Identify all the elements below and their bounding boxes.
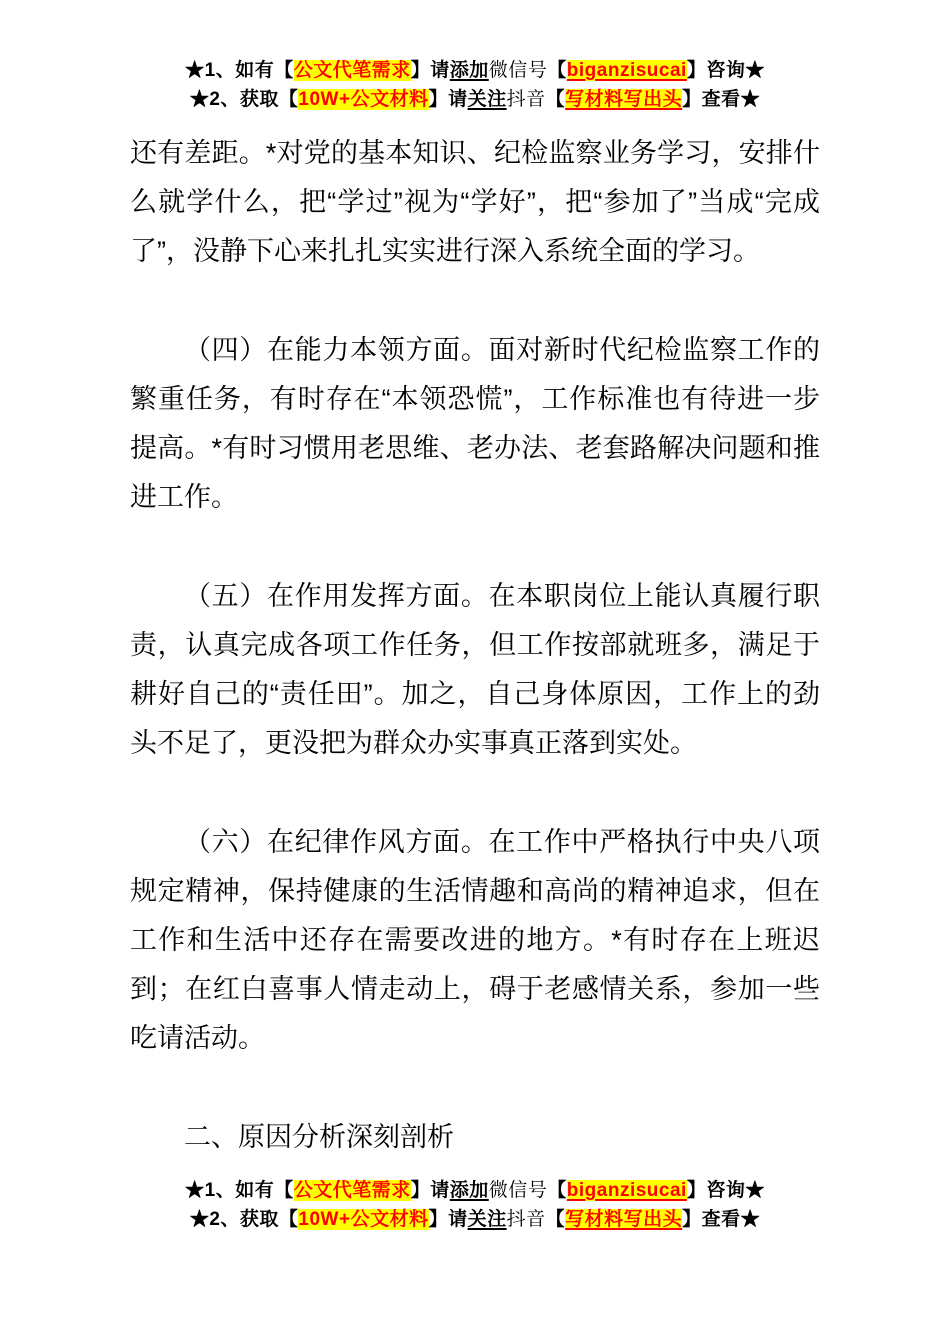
promo-segment: 10W+公文材料 [298, 89, 428, 110]
promo-segment: 添加 [450, 60, 489, 81]
promo-header: ★1、如有【公文代笔需求】请添加微信号【biganzisucai】咨询★★2、获… [0, 0, 950, 114]
promo-segment: ★1、如有【 [185, 60, 294, 81]
promo-segment: 】请 [411, 60, 450, 81]
promo-segment: biganzisucai [567, 1180, 687, 1201]
promo-segment: 】咨询★ [687, 1180, 765, 1201]
promo-segment: 公文代笔需求 [294, 60, 411, 81]
promo-segment: 抖音 [507, 89, 546, 110]
paragraph: （五）在作用发挥方面。在本职岗位上能认真履行职责，认真完成各项工作任务，但工作按… [130, 572, 820, 768]
promo-segment: ★2、获取【 [190, 89, 299, 110]
document-page: ★1、如有【公文代笔需求】请添加微信号【biganzisucai】咨询★★2、获… [0, 0, 950, 1344]
promo-segment: biganzisucai [567, 60, 687, 81]
promo-segment: 关注 [468, 89, 507, 110]
promo-line: ★1、如有【公文代笔需求】请添加微信号【biganzisucai】咨询★ [0, 1176, 950, 1205]
promo-line: ★2、获取【10W+公文材料】请关注抖音【写材料写出头】查看★ [0, 85, 950, 114]
promo-segment: 写材料写出头 [565, 1209, 682, 1230]
promo-segment: ★1、如有【 [185, 1180, 294, 1201]
section-heading: 二、原因分析深刻剖析 [130, 1113, 820, 1162]
promo-segment: 】查看★ [682, 89, 760, 110]
paragraph: 还有差距。*对党的基本知识、纪检监察业务学习，安排什么就学什么，把“学过”视为“… [130, 129, 820, 276]
promo-segment: 【 [546, 1209, 566, 1230]
document-body: 还有差距。*对党的基本知识、纪检监察业务学习，安排什么就学什么，把“学过”视为“… [130, 129, 820, 1162]
promo-segment: 】请 [411, 1180, 450, 1201]
promo-segment: 写材料写出头 [565, 89, 682, 110]
promo-segment: 关注 [468, 1209, 507, 1230]
promo-segment: 抖音 [507, 1209, 546, 1230]
promo-segment: 微信号 [489, 1180, 548, 1201]
promo-segment: 】请 [429, 89, 468, 110]
promo-segment: 10W+公文材料 [298, 1209, 428, 1230]
promo-line: ★2、获取【10W+公文材料】请关注抖音【写材料写出头】查看★ [0, 1205, 950, 1234]
promo-line: ★1、如有【公文代笔需求】请添加微信号【biganzisucai】咨询★ [0, 56, 950, 85]
promo-segment: 】查看★ [682, 1209, 760, 1230]
promo-segment: 【 [547, 60, 567, 81]
promo-segment: 【 [546, 89, 566, 110]
promo-segment: 】咨询★ [687, 60, 765, 81]
promo-footer: ★1、如有【公文代笔需求】请添加微信号【biganzisucai】咨询★★2、获… [0, 1176, 950, 1234]
paragraph: （四）在能力本领方面。面对新时代纪检监察工作的繁重任务，有时存在“本领恐慌”，工… [130, 326, 820, 522]
promo-segment: 添加 [450, 1180, 489, 1201]
promo-segment: 】请 [429, 1209, 468, 1230]
promo-segment: ★2、获取【 [190, 1209, 299, 1230]
paragraph: （六）在纪律作风方面。在工作中严格执行中央八项规定精神，保持健康的生活情趣和高尚… [130, 818, 820, 1063]
promo-segment: 微信号 [489, 60, 548, 81]
promo-segment: 公文代笔需求 [294, 1180, 411, 1201]
promo-segment: 【 [547, 1180, 567, 1201]
